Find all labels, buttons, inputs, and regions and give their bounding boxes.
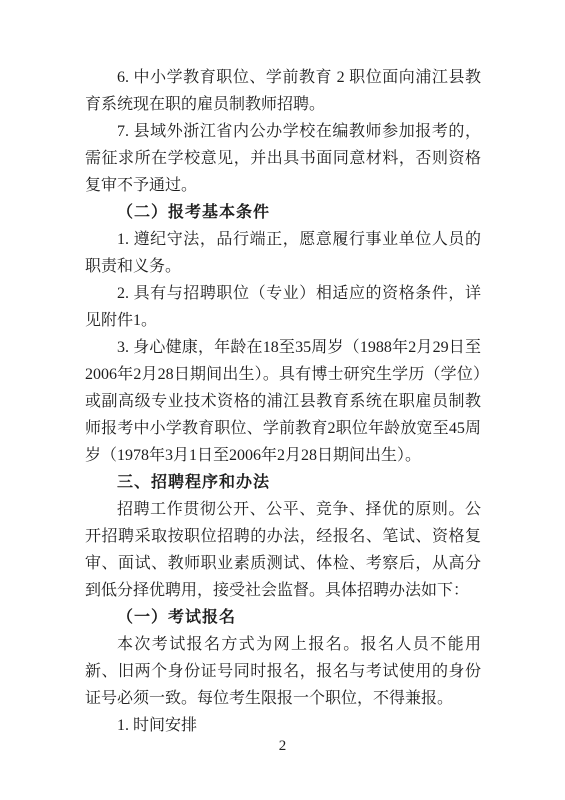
section-heading-basic-conditions: （二）报考基本条件 bbox=[85, 199, 481, 226]
paragraph-time-schedule: 1. 时间安排 bbox=[85, 712, 481, 739]
paragraph-item-7: 7. 县域外浙江省内公办学校在编教师参加报考的，需征求所在学校意见，并出具书面同… bbox=[85, 118, 481, 199]
paragraph-condition-2: 2. 具有与招聘职位（专业）相适应的资格条件，详见附件1。 bbox=[85, 280, 481, 334]
document-body: 6. 中小学教育职位、学前教育 2 职位面向浦江县教育系统现在职的雇员制教师招聘… bbox=[85, 64, 481, 739]
paragraph-procedure-intro: 招聘工作贯彻公开、公平、竞争、择优的原则。公开招聘采取按职位招聘的办法，经报名、… bbox=[85, 496, 481, 604]
paragraph-condition-1: 1. 遵纪守法，品行端正，愿意履行事业单位人员的职责和义务。 bbox=[85, 226, 481, 280]
paragraph-registration-rules: 本次考试报名方式为网上报名。报名人员不能用新、旧两个身份证号同时报名，报名与考试… bbox=[85, 631, 481, 712]
page-number: 2 bbox=[0, 736, 565, 756]
paragraph-condition-3: 3. 身心健康，年龄在18至35周岁（1988年2月29日至2006年2月28日… bbox=[85, 334, 481, 469]
paragraph-item-6: 6. 中小学教育职位、学前教育 2 职位面向浦江县教育系统现在职的雇员制教师招聘… bbox=[85, 64, 481, 118]
document-page: 6. 中小学教育职位、学前教育 2 职位面向浦江县教育系统现在职的雇员制教师招聘… bbox=[0, 0, 565, 800]
chapter-heading-recruitment-procedure: 三、招聘程序和办法 bbox=[85, 469, 481, 496]
section-heading-exam-registration: （一）考试报名 bbox=[85, 604, 481, 631]
